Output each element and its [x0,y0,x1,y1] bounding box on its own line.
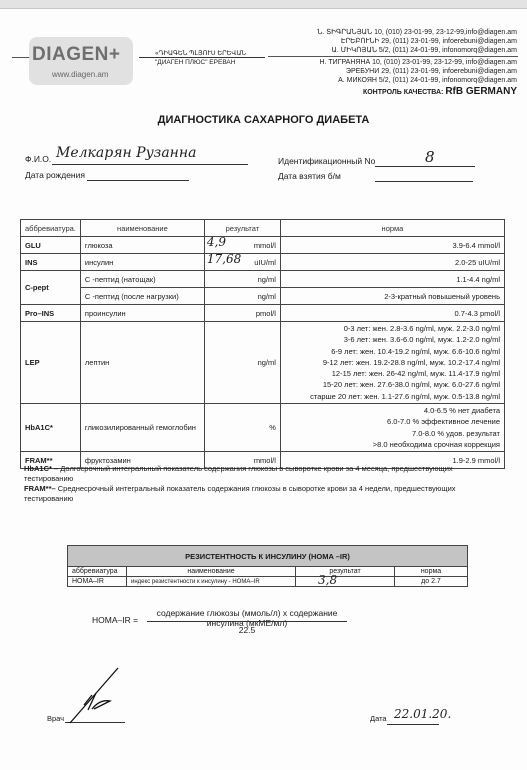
homa-title: РЕЗИСТЕНТНОСТЬ К ИНСУЛИНУ (HOMA –IR) [68,546,468,567]
name-cell: инсулин [80,254,204,271]
norm-cell: 2.0-25 uIU/ml [280,254,504,271]
abbr-cell: INS [21,254,81,271]
note-key: FRAM**– [24,484,56,493]
table-header-row: аббревиатура. наименование результат нор… [21,220,505,237]
unit-cell: pmol/l [204,305,280,322]
norm-line: старше 20 лет: жен. 1.1-27.6 ng/ml, муж.… [285,391,500,402]
note-text: Среднесрочный интегральный показатель со… [24,484,456,503]
address-arm-2: ԷՐԵԲՈՒՆԻ 29, (011) 23-01-99, infoerebuni… [341,37,517,45]
homa-row: HOMA–IR индекс резистентности к инсулину… [68,577,468,587]
norm-line: 3-6 лет: жен. 3.6-6.0 ng/ml, муж. 1.2-2.… [285,334,500,345]
result-cell: 4,9mmol/l [204,237,280,254]
abbr-cell: LEP [21,322,81,404]
norm-cell: 3.9-6.4 mmol/l [280,237,504,254]
homa-header-name: наименование [127,567,296,577]
norm-line: 7.0-8.0 % удов. результат [285,428,500,439]
note-hba1c: HbA1C* – Долгосрочный интегральный показ… [24,464,494,484]
norm-cell: 4.0-6.5 % нет диабета 6.0-7.0 % эффектив… [280,404,504,452]
homa-header-row: аббревиатура наименование результат норм… [68,567,468,577]
formula-label: HOMA–IR = [92,615,138,625]
company-name-armenian: «ԴԻԱԳԵՆ ՊԼՅՈՒՍ ԵՐԵՎԱՆ [155,49,246,57]
doctor-signature-icon [66,665,126,725]
header-abbr: аббревиатура. [21,220,81,237]
homa-name: индекс резистентности к инсулину - HOMA–… [127,577,296,587]
sample-date-underline [375,181,473,182]
header-result: результат [204,220,280,237]
norm-cell: 1.1-4.4 ng/ml [280,271,504,288]
norm-cell: 0.7-4.3 pmol/l [280,305,504,322]
table-row: INS инсулин 17,68uIU/ml 2.0-25 uIU/ml [21,254,505,271]
table-row: LEP лептин ng/ml 0-3 лет: жен. 2.8-3.6 n… [21,322,505,404]
homa-header-result: результат [296,567,395,577]
header-name: наименование [80,220,204,237]
homa-header-abbr: аббревиатура [68,567,127,577]
formula-denominator: 22.5 [147,625,347,635]
company-divider [139,57,265,58]
fio-value: Мелкарян Рузанна [56,145,196,161]
norm-cell: 0-3 лет: жен. 2.8-3.6 ng/ml, муж. 2.2-3.… [280,322,504,404]
result-value: 4,9 [207,235,226,249]
quality-label: КОНТРОЛЬ КАЧЕСТВА: [363,89,443,96]
company-name-russian: "ДИАГЕН ПЛЮС" ЕРЕВАН [155,59,235,66]
dob-label: Дата рождения [25,170,85,180]
unit: mmol/l [254,241,276,250]
address-ru-1: Н. ТИГРАНЯНА 10, (010) 23-01-99, 23-12-9… [319,59,517,66]
homa-result: 3,8 [318,573,337,587]
homa-result-cell: 3,8 [296,577,395,587]
page-title: ДИАГНОСТИКА САХАРНОГО ДИАБЕТА [0,114,527,126]
results-table: аббревиатура. наименование результат нор… [20,219,505,469]
header-norm: норма [280,220,504,237]
abbr-cell: GLU [21,237,81,254]
homa-norm: до 2.7 [395,577,468,587]
doctor-label: Врач [47,714,64,723]
table-row: Pro–INS проинсулин pmol/l 0.7-4.3 pmol/l [21,305,505,322]
norm-line: 4.0-6.5 % нет диабета [285,405,500,416]
unit-cell: % [204,404,280,452]
norm-line: 15-20 лет: жен. 27.6-38.0 ng/ml, муж. 6.… [285,379,500,390]
abbr-cell: C-pept [21,271,81,305]
fio-underline [52,164,248,165]
date-value: 22.01.20. [394,707,451,721]
fio-label: Ф.И.О. [25,154,51,164]
table-row: C-pept С -пептид (натощак) ng/ml 1.1-4.4… [21,271,505,288]
norm-line: 12-15 лет: жен. 26-42 ng/ml, муж. 11.4-1… [285,368,500,379]
address-divider [268,56,518,57]
address-ru-3: А. МИКОЯН 5/2, (011) 24-01-99, infonomor… [338,77,517,84]
id-label: Идентификационный No [278,156,375,166]
date-label: Дата [370,714,387,723]
note-fram: FRAM**– Среднесрочный интегральный показ… [24,484,494,504]
formula-fraction-bar [147,621,347,622]
quality-value: RfB GERMANY [445,86,517,97]
id-underline [375,166,475,167]
dob-underline [87,180,189,181]
logo-divider [12,57,30,58]
address-arm-3: Ա. ՄԻԿՈՅԱՆ 5/2, (011) 24-01-99, infonomo… [332,46,518,54]
quality-control: КОНТРОЛЬ КАЧЕСТВА: RfB GERMANY [363,86,517,97]
result-value: 17,68 [207,252,241,266]
norm-line: 6.0-7.0 % эффективное лечение [285,416,500,427]
name-cell: С -пептид (после нагрузки) [80,288,204,305]
logo-url: www.diagen.am [52,70,108,79]
homa-table: РЕЗИСТЕНТНОСТЬ К ИНСУЛИНУ (HOMA –IR) абб… [67,545,468,587]
sample-date-label: Дата взятия б/м [278,171,341,181]
name-cell: глюкоза [80,237,204,254]
unit: uIU/ml [254,258,276,267]
table-row: С -пептид (после нагрузки) ng/ml 2-3-кра… [21,288,505,305]
logo: DIAGEN+ [32,44,121,66]
name-cell: проинсулин [80,305,204,322]
table-row: HbA1C* гликозилированный гемоглобин % 4.… [21,404,505,452]
date-underline [387,724,439,725]
norm-cell: 2-3-кратный повышеный уровень [280,288,504,305]
homa-abbr: HOMA–IR [68,577,127,587]
name-cell: лептин [80,322,204,404]
norm-line: >8.0 необходима срочная коррекция [285,439,500,450]
unit-cell: ng/ml [204,322,280,404]
norm-line: 9-12 лет: жен. 19.2-28.8 ng/ml, муж. 10.… [285,357,500,368]
homa-title-row: РЕЗИСТЕНТНОСТЬ К ИНСУЛИНУ (HOMA –IR) [68,546,468,567]
name-cell: гликозилированный гемоглобин [80,404,204,452]
norm-line: 6-9 лет: жен. 10.4-19.2 ng/ml, муж. 6.6-… [285,346,500,357]
note-key: HbA1C* – [24,464,58,473]
norm-line: 0-3 лет: жен. 2.8-3.6 ng/ml, муж. 2.2-3.… [285,323,500,334]
abbr-cell: Pro–INS [21,305,81,322]
table-row: GLU глюкоза 4,9mmol/l 3.9-6.4 mmol/l [21,237,505,254]
top-bar [0,0,527,9]
result-cell: 17,68uIU/ml [204,254,280,271]
unit-cell: ng/ml [204,271,280,288]
address-arm-1: Ն. ՏԻԳՐԱՆՅԱՆ 10, (010) 23-01-99, 23-12-9… [317,28,517,36]
homa-header-norm: норма [395,567,468,577]
abbr-cell: HbA1C* [21,404,81,452]
address-ru-2: ЭРЕБУНИ 29, (011) 23-01-99, infoerebuni@… [346,68,517,75]
id-value: 8 [425,148,435,166]
name-cell: С -пептид (натощак) [80,271,204,288]
unit-cell: ng/ml [204,288,280,305]
note-text: Долгосрочный интегральный показатель сод… [24,464,453,483]
